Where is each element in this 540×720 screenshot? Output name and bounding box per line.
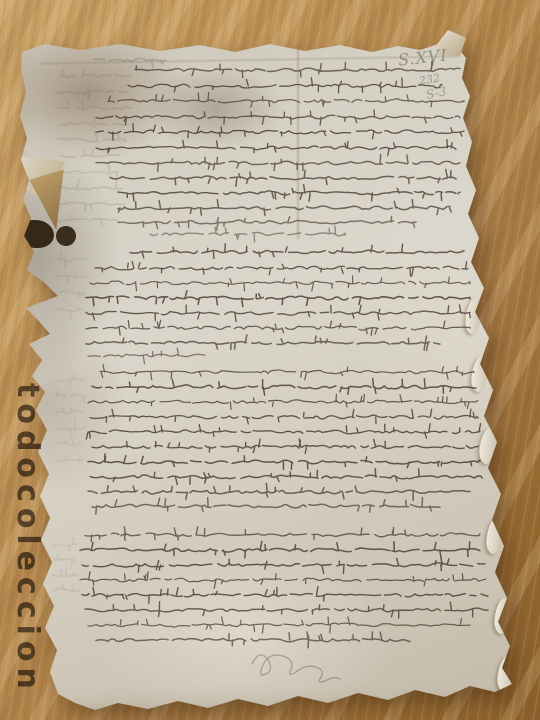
- handwriting-line: [118, 216, 416, 230]
- handwriting-line: [128, 78, 442, 93]
- handwriting-line: [82, 587, 488, 604]
- handwriting-line: [55, 436, 80, 445]
- photo-scene: S.XVI 232 S-3 todocoleccion: [0, 0, 540, 720]
- todocoleccion-watermark: todocoleccion: [10, 383, 45, 695]
- handwriting-line: [110, 170, 456, 187]
- handwriting-line: [80, 542, 480, 558]
- handwriting-line: [85, 527, 480, 542]
- handwriting-line: [58, 216, 118, 226]
- handwriting-line: [58, 252, 88, 267]
- handwriting-line: [92, 379, 476, 396]
- handwriting-line: [60, 119, 128, 128]
- handwriting-line: [108, 93, 464, 107]
- handwriting-line: [96, 110, 460, 125]
- handwriting-line: [96, 124, 464, 141]
- handwriting-line: [86, 335, 440, 351]
- handwriting-line: [54, 555, 76, 568]
- handwriting-line: [118, 200, 451, 216]
- handwriting-line: [55, 375, 84, 385]
- handwriting-line: [92, 498, 440, 515]
- handwriting-line: [88, 484, 470, 501]
- handwriting-line: [86, 424, 480, 439]
- handwriting-line: [58, 100, 132, 109]
- handwriting-line: [58, 180, 122, 190]
- handwriting-line: [60, 202, 125, 210]
- handwriting-line: [56, 391, 86, 402]
- handwriting-line: [95, 261, 468, 276]
- handwriting-line: [80, 572, 486, 589]
- handwriting-line: [92, 439, 478, 454]
- handwriting-line: [88, 617, 470, 633]
- handwriting-line: [252, 655, 340, 682]
- handwriting-line: [88, 454, 480, 470]
- handwriting-line: [56, 421, 84, 435]
- handwriting-line: [96, 632, 410, 648]
- handwriting-line: [90, 409, 478, 424]
- handwriting-line: [130, 244, 464, 259]
- handwriting-line: [96, 140, 456, 156]
- handwriting-line: [95, 58, 165, 66]
- handwriting-line: [96, 155, 460, 172]
- handwriting-line: [52, 568, 78, 576]
- handwriting-line: [60, 149, 120, 157]
- handwriting-line: [56, 454, 82, 461]
- handwriting-line: [58, 87, 128, 98]
- handwriting-line: [88, 394, 478, 409]
- handwriting-line: [82, 558, 485, 573]
- handwriting-line: [60, 291, 84, 298]
- handwriting-line: [60, 69, 130, 77]
- handwriting-line: [56, 271, 86, 282]
- handwriting-line: [54, 585, 80, 592]
- handwriting-line: [55, 407, 82, 413]
- handwriting-line: [86, 320, 470, 335]
- handwriting-line: [85, 602, 488, 618]
- handwriting-line: [86, 291, 470, 307]
- handwriting-line: [118, 185, 460, 202]
- handwriting-overlay: [0, 0, 540, 720]
- handwriting-line: [56, 306, 82, 318]
- handwriting-line: [100, 365, 474, 380]
- handwriting-line: [90, 276, 470, 291]
- handwriting-line: [150, 226, 345, 241]
- handwriting-line: [88, 348, 205, 364]
- handwriting-line: [90, 469, 482, 485]
- handwriting-line: [86, 305, 470, 321]
- handwriting-line: [52, 537, 78, 550]
